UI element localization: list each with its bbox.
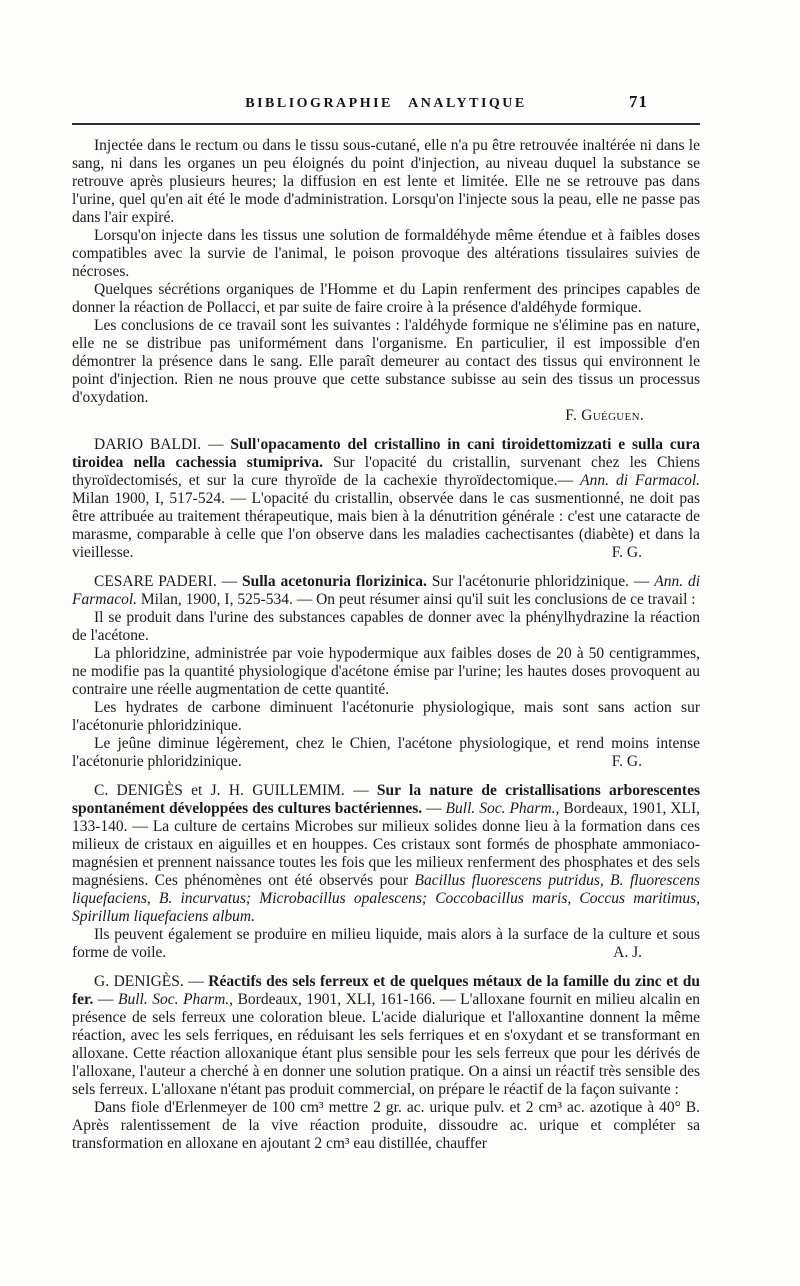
text-segment: Quelques sécrétions organiques de l'Homm… (72, 281, 700, 316)
paragraph: Ils peuvent également se produire en mil… (72, 926, 700, 962)
paragraph: Dans fiole d'Erlenmeyer de 100 cm³ mettr… (72, 1099, 700, 1153)
text-column: BIBLIOGRAPHIE ANALYTIQUE 71 Injectée dan… (72, 96, 700, 1153)
scanned-page: BIBLIOGRAPHIE ANALYTIQUE 71 Injectée dan… (0, 0, 800, 1286)
paragraph: G. DENIGÈS. — Réactifs des sels ferreux … (72, 973, 700, 1099)
article-list: Injectée dans le rectum ou dans le tissu… (72, 137, 700, 1153)
text-segment: Il se produit dans l'urine des substance… (72, 609, 700, 644)
text-segment: Bull. Soc. Pharm., (446, 800, 560, 817)
author-initials: F. G. (590, 544, 642, 562)
article: G. DENIGÈS. — Réactifs des sels ferreux … (72, 973, 700, 1153)
text-segment: Injectée dans le rectum ou dans le tissu… (72, 137, 700, 226)
text-segment: C. DENIGÈS et J. H. GUILLEMIM. — (94, 782, 377, 799)
text-segment: Milan, 1900, I, 525-534. — On peut résum… (137, 591, 696, 608)
paragraph: Les conclusions de ce travail sont les s… (72, 317, 700, 407)
paragraph: C. DENIGÈS et J. H. GUILLEMIM. — Sur la … (72, 782, 700, 926)
text-segment: G. DENIGÈS. — (94, 973, 208, 990)
text-segment: Bull. Soc. Pharm., (118, 991, 233, 1008)
paragraph: Injectée dans le rectum ou dans le tissu… (72, 137, 700, 227)
text-segment: Dans fiole d'Erlenmeyer de 100 cm³ mettr… (72, 1099, 700, 1152)
article: Injectée dans le rectum ou dans le tissu… (72, 137, 700, 425)
paragraph: DARIO BALDI. — Sull'opacamento del crist… (72, 436, 700, 562)
text-segment: Ann. di Farmacol. (580, 472, 700, 489)
text-segment: Sulla acetonuria florizinica. (242, 573, 427, 590)
article: CESARE PADERI. — Sulla acetonuria floriz… (72, 573, 700, 771)
article: DARIO BALDI. — Sull'opacamento del crist… (72, 436, 700, 562)
text-segment: Sur l'acétonurie phloridzinique. — (427, 573, 654, 590)
paragraph: Il se produit dans l'urine des substance… (72, 609, 700, 645)
running-header: BIBLIOGRAPHIE ANALYTIQUE 71 (72, 96, 700, 112)
author-initials: F. G. (590, 753, 642, 771)
signature-line: F. Guéguen. (72, 407, 700, 425)
journal-section-title: BIBLIOGRAPHIE ANALYTIQUE (245, 96, 526, 111)
author-initials: A. J. (591, 944, 642, 962)
paragraph: Quelques sécrétions organiques de l'Homm… (72, 281, 700, 317)
header-rule (72, 123, 700, 125)
paragraph: Lorsqu'on injecte dans les tissus une so… (72, 227, 700, 281)
text-segment: Les conclusions de ce travail sont les s… (72, 317, 700, 406)
text-segment: CESARE PADERI. — (94, 573, 242, 590)
paragraph: Les hydrates de carbone diminuent l'acét… (72, 699, 700, 735)
page-number: 71 (629, 92, 648, 112)
paragraph: Le jeûne diminue légèrement, chez le Chi… (72, 735, 700, 771)
paragraph: La phloridzine, administrée par voie hyp… (72, 645, 700, 699)
text-segment: DARIO BALDI. — (94, 436, 230, 453)
paragraph: CESARE PADERI. — Sulla acetonuria floriz… (72, 573, 700, 609)
text-segment: La phloridzine, administrée par voie hyp… (72, 645, 700, 698)
text-segment: Les hydrates de carbone diminuent l'acét… (72, 699, 700, 734)
text-segment: — (422, 800, 445, 817)
text-segment: Lorsqu'on injecte dans les tissus une so… (72, 227, 700, 280)
author-signature: F. Guéguen. (565, 407, 644, 424)
article: C. DENIGÈS et J. H. GUILLEMIM. — Sur la … (72, 782, 700, 962)
text-segment: — (93, 991, 118, 1008)
